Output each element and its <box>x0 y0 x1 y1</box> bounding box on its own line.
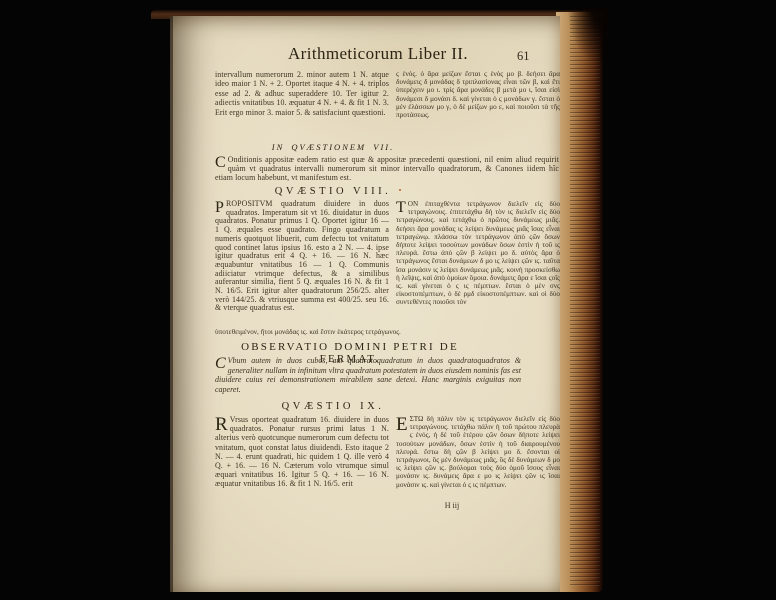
fermat-observation-text: Vbum autem in duos cubos, aut quadratoqu… <box>215 356 521 394</box>
quaestio8-latin-text: ROPOSITVM quadratum diuidere in duos qua… <box>215 199 389 312</box>
quaestio8-greek-overflow-line: ὑποτεθειμένον, ἤτοι μονάδας ιϛ. καὶ ἔστι… <box>215 328 465 336</box>
dropcap-p: P <box>215 200 226 215</box>
in-quaestionem7-heading: IN QVÆSTIONEM VII. <box>215 142 451 152</box>
dropcap-tau: Τ <box>396 200 408 215</box>
quaestio9-heading: QVÆSTIO IX. <box>215 401 451 412</box>
latin-column-quaestio8: PROPOSITVM quadratum diuidere in duos qu… <box>215 200 389 313</box>
book-photograph: Arithmeticorum Liber II. 61 intervallum … <box>0 0 776 600</box>
page-gutter-edge <box>170 16 173 592</box>
dropcap-c: C <box>215 155 228 170</box>
quaestio8-heading: QVÆSTIO VIII. <box>215 186 451 197</box>
signature-mark: H iij <box>432 501 472 510</box>
greek-column-quaestio9: ΕΣΤΩ δὴ πάλιν τὸν ιϛ τετράγωνον διελεῖν … <box>396 415 560 489</box>
paper-scratch <box>512 475 515 479</box>
book-corner-shadow <box>568 8 608 64</box>
quaestio9-greek-text: ΣΤΩ δὴ πάλιν τὸν ιϛ τετράγωνον διελεῖν ε… <box>396 415 560 489</box>
quaestio9-latin-text: Vrsus oporteat quadratum 16. diuidere in… <box>215 415 389 488</box>
quaestio8-greek-text: ΟΝ ἐπιταχθέντα τετράγωνον διελεῖν εἰς δύ… <box>396 200 560 306</box>
latin-column-quaestio9: RVrsus oporteat quadratum 16. diuidere i… <box>215 415 389 489</box>
in-quaestionem7-paragraph: COnditionis appositæ eadem ratio est quæ… <box>215 155 559 183</box>
running-title: Arithmeticorum Liber II. <box>258 44 498 64</box>
latin-column-quaestio7-end: intervallum numerorum 2. minor autem 1 N… <box>215 70 389 117</box>
greek-column-quaestio7-end: ϛ ἑνός. ὁ ἄρα μείζων ἔσται ϛ ἑνὸς μο β. … <box>396 70 560 119</box>
fore-edge-leaf-texture <box>570 16 600 588</box>
dropcap-epsilon: Ε <box>396 415 410 433</box>
dropcap-c2: C <box>215 356 228 371</box>
page-number: 61 <box>517 49 530 64</box>
ink-speck <box>399 189 401 191</box>
fermat-observation-paragraph: CVbum autem in duos cubos, aut quadratoq… <box>215 356 521 394</box>
in-quaestionem7-text: Onditionis appositæ eadem ratio est quæ … <box>215 155 559 182</box>
greek-column-quaestio8: ΤΟΝ ἐπιταχθέντα τετράγωνον διελεῖν εἰς δ… <box>396 200 560 307</box>
dropcap-r: R <box>215 415 230 433</box>
